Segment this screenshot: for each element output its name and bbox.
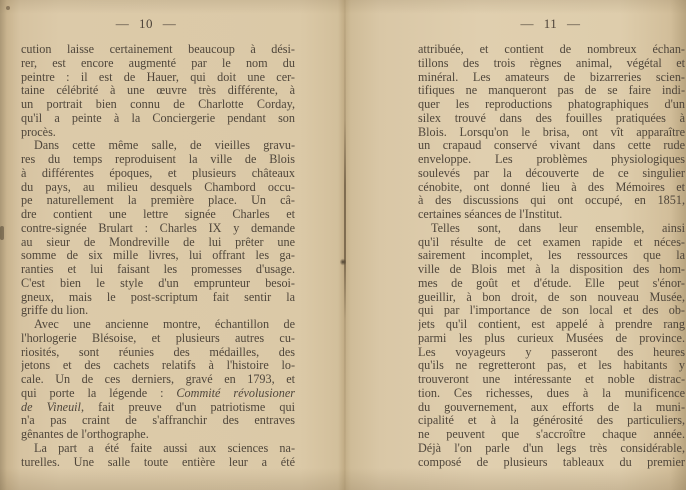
text-line: gneux, mais le post-scriptum fait sentir… [21,291,295,305]
text-segment: qui par l'importance de son local et des… [418,304,685,317]
text-line: ville de Blois met à la disposition des … [418,263,685,277]
text-line: cénobite, ont donné lieu à des Mémoires … [418,181,685,195]
text-line: gueillir, à bon droit, de son nouveau Mu… [418,291,685,305]
text-segment: procès. [21,126,56,139]
text-line: res du temps reproduisent la ville de Bl… [21,153,295,167]
text-segment: trouveront une intéressante et noble dis… [418,373,685,386]
text-segment: jets qu'il contient, est appelé à prendr… [418,318,685,331]
text-line: trouveront une intéressante et noble dis… [418,373,685,387]
text-line: riosités, sont réunies des médailles, de… [21,346,295,360]
text-segment: gueillir, à bon droit, de son nouveau Mu… [418,291,685,304]
text-segment: contre-signée Brulart : Charles IX y dem… [21,222,295,235]
text-segment: soulevés par la découverte de ce singuli… [418,167,685,180]
text-segment: n'a pas craint de s'affranchir des entra… [21,414,295,427]
text-segment: sairement incomplet, les ressources que … [418,249,685,262]
text-line: l'horlogerie Blésoise, et plusieurs autr… [21,332,295,346]
text-segment: composé de plusieurs tableaux du premier [418,456,685,469]
text-line: griffe du lion. [21,304,295,318]
text-segment: qu'il résulte de cet examen rapide et né… [418,236,685,249]
text-segment: parmi les plus curieux Musées de provinc… [418,332,685,345]
text-segment: taine célébrité à une œuvre très différe… [21,84,295,97]
text-line: silex trouvé dans des fouilles pratiquée… [418,112,685,126]
text-line: attribuée, et contient de nombreux échan… [418,43,685,57]
page-edge-mark [0,226,4,240]
paper-speck [6,6,10,10]
page-number-left: — 10 — [21,16,271,31]
text-segment: cution laisse certainement beaucoup à dé… [21,43,295,56]
text-segment: ville de Blois met à la disposition des … [418,263,685,276]
text-line: ne peuvent que s'accroître chaque année. [418,428,685,442]
text-line: qu'ils ne regretteront pas, et les habit… [418,359,685,373]
text-line: Avec une ancienne montre, échantillon de [21,318,295,332]
text-segment: La part a été faite aussi aux sciences n… [34,442,295,455]
text-line: procès. [21,126,295,140]
text-line: cution laisse certainement beaucoup à dé… [21,43,295,57]
italic-text-segment: de Vineuil [21,401,81,414]
text-line: qui par l'importance de son local et des… [418,304,685,318]
text-segment: tion. Ces richesses, dues à la munificen… [418,387,685,400]
text-line: somme de six mille livres, lui offrant l… [21,249,295,263]
text-line: qu'il a peinte à la Conciergerie pendant… [21,112,295,126]
text-segment: gneux, mais le post-scriptum fait sentir… [21,291,295,304]
text-line: peintre : il est de Hauer, qui doit une … [21,71,295,85]
text-segment: ne peuvent que s'accroître chaque année. [418,428,685,441]
text-line: cale. Un de ces derniers, gravé en 1793,… [21,373,295,387]
text-line: pe naturellement la première place. Un c… [21,194,295,208]
text-line: Blois. Lorsqu'on le brisa, ont vît appar… [418,126,685,140]
text-line: sairement incomplet, les ressources que … [418,249,685,263]
text-segment: somme de six mille livres, lui offrant l… [21,249,295,262]
text-segment: tillons des trois règnes animal, végétal… [418,57,685,70]
text-segment: attribuée, et contient de nombreux échan… [418,43,685,56]
text-line: Déjà l'on parle d'un legs très considéra… [418,442,685,456]
text-line: dre contient une lettre signée Charles e… [21,208,295,222]
text-line: du gouvernement, aux efforts de la muni- [418,401,685,415]
text-line: minéral. Les amateurs de bizarreries sci… [418,71,685,85]
text-line: tifiques ne manqueront pas de se faire i… [418,84,685,98]
text-line: parmi les plus curieux Musées de provinc… [418,332,685,346]
text-segment: Dans cette même salle, de vieilles gravu… [34,139,295,152]
text-line: mes de goût et d'étude. Elle peut s'énor… [418,277,685,291]
text-line: enveloppe. Les problèmes physiologiques [418,153,685,167]
text-segment: peintre : il est de Hauer, qui doit une … [21,71,295,84]
text-segment: res du temps reproduisent la ville de Bl… [21,153,295,166]
text-line: qu'il résulte de cet examen rapide et né… [418,236,685,250]
text-segment: qui porte la légende : [21,387,176,400]
page-text-right: attribuée, et contient de nombreux échan… [418,43,685,469]
text-segment: Avec une ancienne montre, échantillon de [34,318,295,331]
text-line: n'a pas craint de s'affranchir des entra… [21,414,295,428]
text-segment: quer les reproductions phatographiques d… [418,98,685,111]
text-segment: Les voyageurs y passeront des heures [418,346,685,359]
text-line: composé de plusieurs tableaux du premier [418,456,685,470]
text-line: soulevés par la découverte de ce singuli… [418,167,685,181]
text-segment: cipalité et à la générosité des particul… [418,414,685,427]
text-segment: cale. Un de ces derniers, gravé en 1793,… [21,373,295,386]
text-segment: gênantes de l'orthographe. [21,428,149,441]
text-line: turelles. Une salle toute entière leur a… [21,456,295,470]
text-segment: mes de goût et d'étude. Elle peut s'énor… [418,277,685,290]
text-segment: tifiques ne manqueront pas de se faire i… [418,84,685,97]
text-segment: cénobite, ont donné lieu à des Mémoires … [418,181,685,194]
text-segment: l'horlogerie Blésoise, et plusieurs autr… [21,332,295,345]
text-segment: certaines séances de l'Institut. [418,208,562,221]
ink-speck [340,258,346,266]
text-line: contre-signée Brulart : Charles IX y dem… [21,222,295,236]
text-segment: Blois. Lorsqu'on le brisa, ont vît appar… [418,126,685,139]
text-segment: à différentes époques, et plusieurs chât… [21,167,295,180]
text-segment: du pays, au milieu desquels Chambord occ… [21,181,295,194]
text-line: tion. Ces richesses, dues à la munificen… [418,387,685,401]
gutter-crease [344,0,346,490]
text-line: Telles sont, dans leur ensemble, ainsi [418,222,685,236]
text-segment: riosités, sont réunies des médailles, de… [21,346,295,359]
text-line: C'est bien le style d'un emprunteur beso… [21,277,295,291]
text-segment: Déjà l'on parle d'un legs très considéra… [418,442,685,455]
scanned-book-spread: { "colors": { "paper": "#dbc9a8", "ink":… [0,0,686,490]
text-line: qui porte la légende : Commité révolusio… [21,387,295,401]
text-line: jetons et des cachets relatifs à l'histo… [21,359,295,373]
text-segment: dre contient une lettre signée Charles e… [21,208,295,221]
text-segment: au sieur de Mondreville de lui prêter un… [21,236,295,249]
text-segment: du gouvernement, aux efforts de la muni- [418,401,685,414]
text-line: un portrait bien connu de Charlotte Cord… [21,98,295,112]
text-line: au sieur de Mondreville de lui prêter un… [21,236,295,250]
text-segment: griffe du lion. [21,304,88,317]
text-segment: minéral. Les amateurs de bizarreries sci… [418,71,685,84]
text-line: gênantes de l'orthographe. [21,428,295,442]
text-segment: un portrait bien connu de Charlotte Cord… [21,98,295,111]
text-line: rer, est encore augmenté par le nom du [21,57,295,71]
text-line: tillons des trois règnes animal, végétal… [418,57,685,71]
page-number-right: — 11 — [418,16,683,31]
text-line: un crapaud conservé vivant dans cette ru… [418,139,685,153]
text-segment: enveloppe. Les problèmes physiologiques [418,153,685,166]
text-line: du pays, au milieu desquels Chambord occ… [21,181,295,195]
text-line: de Vineuil, fait preuve d'un patriotisme… [21,401,295,415]
text-line: à des discussions qui ont occupé, en 185… [418,194,685,208]
text-line: Dans cette même salle, de vieilles gravu… [21,139,295,153]
text-segment: rer, est encore augmenté par le nom du [21,57,295,70]
text-segment: C'est bien le style d'un emprunteur beso… [21,277,295,290]
text-line: ranties et lui faisant les promesses d'u… [21,263,295,277]
text-segment: jetons et des cachets relatifs à l'histo… [21,359,295,372]
text-line: taine célébrité à une œuvre très différe… [21,84,295,98]
text-line: jets qu'il contient, est appelé à prendr… [418,318,685,332]
text-line: quer les reproductions phatographiques d… [418,98,685,112]
text-segment: un crapaud conservé vivant dans cette ru… [418,139,685,152]
text-line: à différentes époques, et plusieurs chât… [21,167,295,181]
text-segment: Telles sont, dans leur ensemble, ainsi [431,222,685,235]
page-text-left: cution laisse certainement beaucoup à dé… [21,43,295,469]
text-segment: turelles. Une salle toute entière leur a… [21,456,295,469]
text-segment: silex trouvé dans des fouilles pratiquée… [418,112,685,125]
text-line: Les voyageurs y passeront des heures [418,346,685,360]
text-line: La part a été faite aussi aux sciences n… [21,442,295,456]
text-segment: qu'il a peinte à la Conciergerie pendant… [21,112,295,125]
text-segment: qu'ils ne regretteront pas, et les habit… [418,359,685,372]
text-segment: pe naturellement la première place. Un c… [21,194,295,207]
text-line: cipalité et à la générosité des particul… [418,414,685,428]
text-line: certaines séances de l'Institut. [418,208,685,222]
text-segment: , fait preuve d'un patriotisme qui [81,401,295,414]
text-segment: ranties et lui faisant les promesses d'u… [21,263,295,276]
text-segment: à des discussions qui ont occupé, en 185… [418,194,685,207]
italic-text-segment: Commité révolusioner [176,387,295,400]
